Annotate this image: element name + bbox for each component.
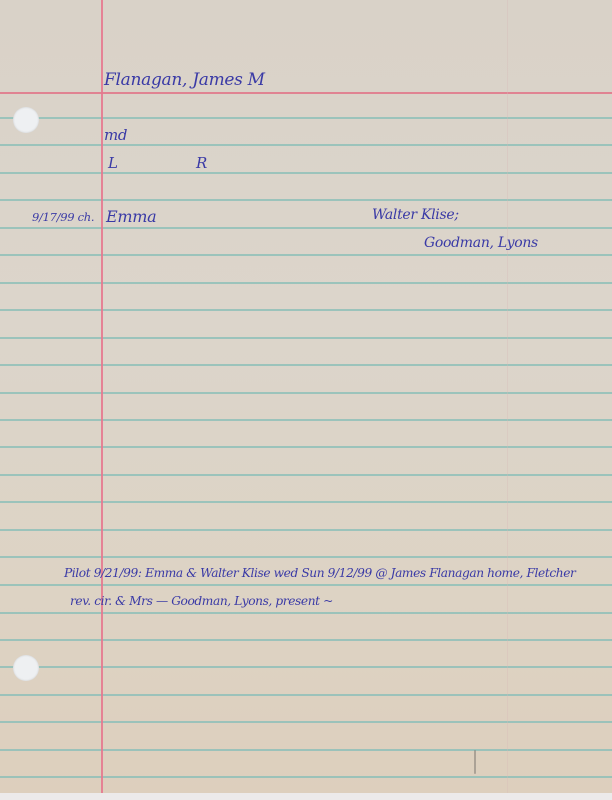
note-line-2: rev. cir. & Mrs — Goodman, Lyons, presen… [70,594,333,608]
entry-spouse: Walter Klise; [372,207,459,223]
rule-line [0,639,612,641]
rule-line [0,254,612,256]
rule-line [0,749,612,751]
punch-hole-top [13,107,39,133]
rule-line [0,584,612,586]
rule-line [0,392,612,394]
rule-line [0,556,612,558]
rule-line [0,501,612,503]
entry-witnesses: Goodman, Lyons [424,235,538,251]
status-md: md [104,126,127,144]
scan-bottom-edge [0,793,612,800]
label-left: L [108,154,118,172]
rule-line [0,144,612,146]
rule-line [0,529,612,531]
rule-line [0,227,612,229]
rule-line [0,337,612,339]
header-name: Flanagan, James M [104,70,265,90]
rule-line [0,694,612,696]
right-faint-line [507,0,508,793]
rule-line [0,364,612,366]
rule-line [0,172,612,174]
rule-line [0,199,612,201]
rule-line [0,612,612,614]
punch-hole-bottom [13,655,39,681]
left-margin-line [101,0,103,793]
rule-line [0,666,612,668]
entry-name: Emma [106,207,156,226]
rule-line [0,309,612,311]
pencil-smudge [474,750,476,774]
rule-line [0,721,612,723]
rule-line [0,117,612,119]
rule-line [0,446,612,448]
rule-line [0,776,612,778]
note-line-1: Pilot 9/21/99: Emma & Walter Klise wed S… [64,566,575,580]
rule-line [0,419,612,421]
rule-line [0,474,612,476]
entry-date: 9/17/99 ch. [32,210,94,224]
top-red-rule [0,92,612,94]
label-right: R [196,154,207,172]
rule-line [0,282,612,284]
notebook-page: Flanagan, James M md L R 9/17/99 ch. Emm… [0,0,612,793]
